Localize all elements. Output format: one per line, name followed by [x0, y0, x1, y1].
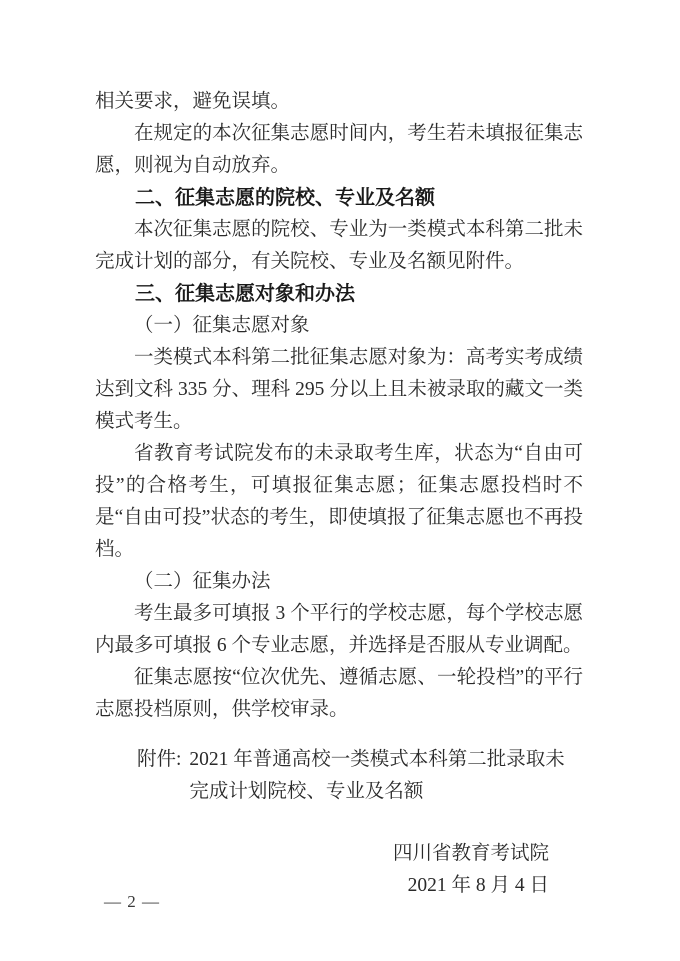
- paragraph: 一类模式本科第二批征集志愿对象为：高考实考成绩达到文科 335 分、理科 295…: [95, 342, 583, 438]
- document-page: 相关要求，避免误填。 在规定的本次征集志愿时间内，考生若未填报征集志愿，则视为自…: [95, 86, 583, 902]
- attachment-title: 2021 年普通高校一类模式本科第二批录取未完成计划院校、专业及名额: [189, 744, 581, 808]
- attachment-note: 附件: 2021 年普通高校一类模式本科第二批录取未完成计划院校、专业及名额: [95, 744, 583, 808]
- paragraph: 本次征集志愿的院校、专业为一类模式本科第二批未完成计划的部分，有关院校、专业及名…: [95, 214, 583, 278]
- signature-date: 2021 年 8 月 4 日: [95, 870, 549, 902]
- signature-organization: 四川省教育考试院: [95, 838, 549, 870]
- subsection-heading-2: （二）征集办法: [95, 566, 583, 598]
- attachment-label: 附件:: [137, 744, 181, 776]
- paragraph: 省教育考试院发布的未录取考生库，状态为“自由可投”的合格考生，可填报征集志愿；征…: [95, 438, 583, 566]
- signature-block: 四川省教育考试院 2021 年 8 月 4 日: [95, 838, 583, 902]
- paragraph: 考生最多可填报 3 个平行的学校志愿，每个学校志愿内最多可填报 6 个专业志愿，…: [95, 598, 583, 662]
- section-heading-3: 三、征集志愿对象和办法: [95, 278, 583, 310]
- paragraph-continuation: 相关要求，避免误填。: [95, 86, 583, 118]
- subsection-heading-1: （一）征集志愿对象: [95, 310, 583, 342]
- section-heading-2: 二、征集志愿的院校、专业及名额: [95, 182, 583, 214]
- page-number: — 2 —: [104, 889, 160, 915]
- paragraph: 征集志愿按“位次优先、遵循志愿、一轮投档”的平行志愿投档原则，供学校审录。: [95, 662, 583, 726]
- paragraph: 在规定的本次征集志愿时间内，考生若未填报征集志愿，则视为自动放弃。: [95, 118, 583, 182]
